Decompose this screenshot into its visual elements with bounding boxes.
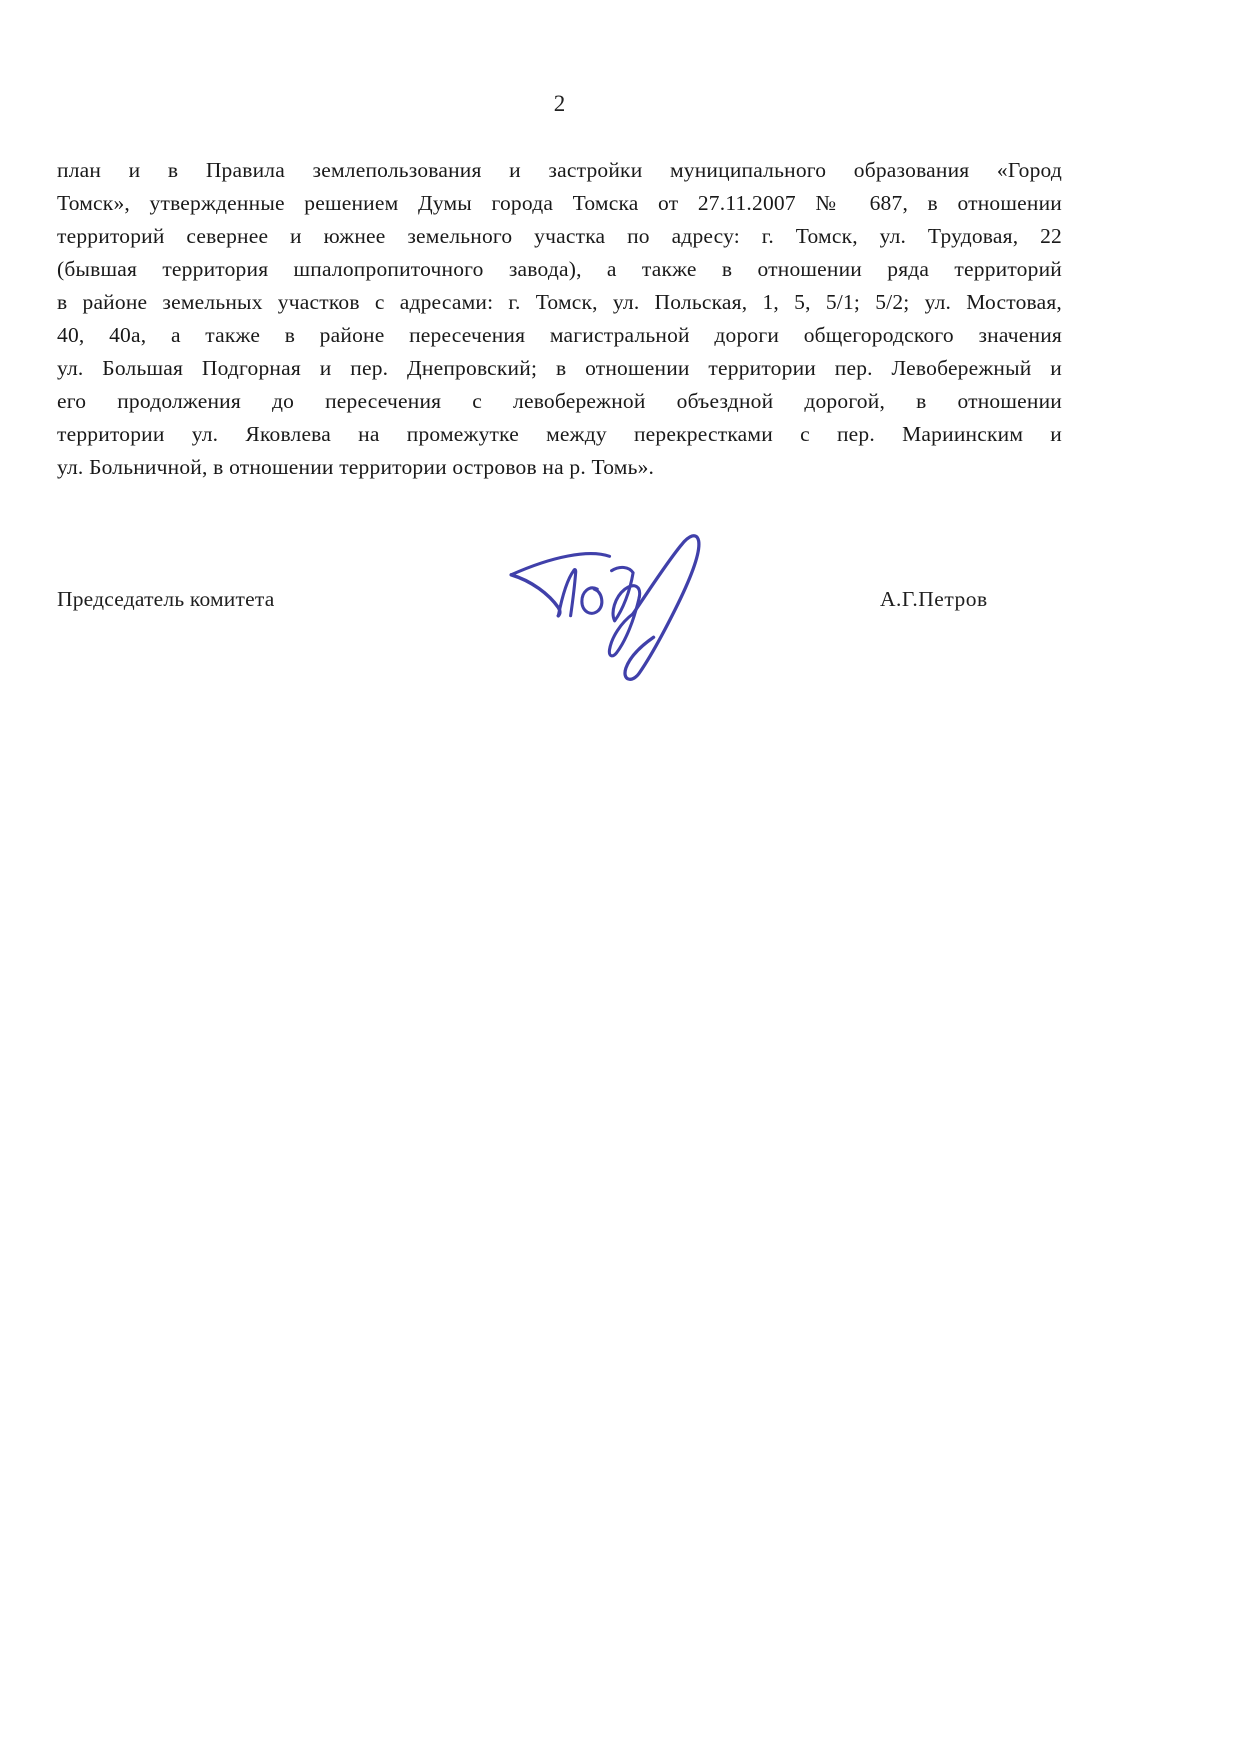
paragraph-line: ул. Больничной, в отношении территории о… (57, 451, 1062, 484)
handwritten-signature (503, 525, 713, 685)
paragraph-line: ул. Большая Подгорная и пер. Днепровский… (57, 352, 1062, 385)
signer-title: Председатель комитета (57, 585, 274, 613)
paragraph-line: Томск», утвержденные решением Думы город… (57, 187, 1062, 220)
document-page: 2 план и в Правила землепользования и за… (0, 0, 1240, 1753)
paragraph-line: его продолжения до пересечения с левобер… (57, 385, 1062, 418)
paragraph-line: территорий севернее и южнее земельного у… (57, 220, 1062, 253)
paragraph-line: территории ул. Яковлева на промежутке ме… (57, 418, 1062, 451)
page-number: 2 (57, 90, 1062, 118)
paragraph-line: в районе земельных участков с адресами: … (57, 286, 1062, 319)
paragraph-line: план и в Правила землепользования и заст… (57, 154, 1062, 187)
paragraph-line: (бывшая территория шпалопропиточного зав… (57, 253, 1062, 286)
signer-name: А.Г.Петров (880, 585, 988, 613)
paragraph-line: 40, 40а, а также в районе пересечения ма… (57, 319, 1062, 352)
body-paragraph: план и в Правила землепользования и заст… (57, 154, 1062, 484)
signature-strokes (511, 536, 699, 680)
